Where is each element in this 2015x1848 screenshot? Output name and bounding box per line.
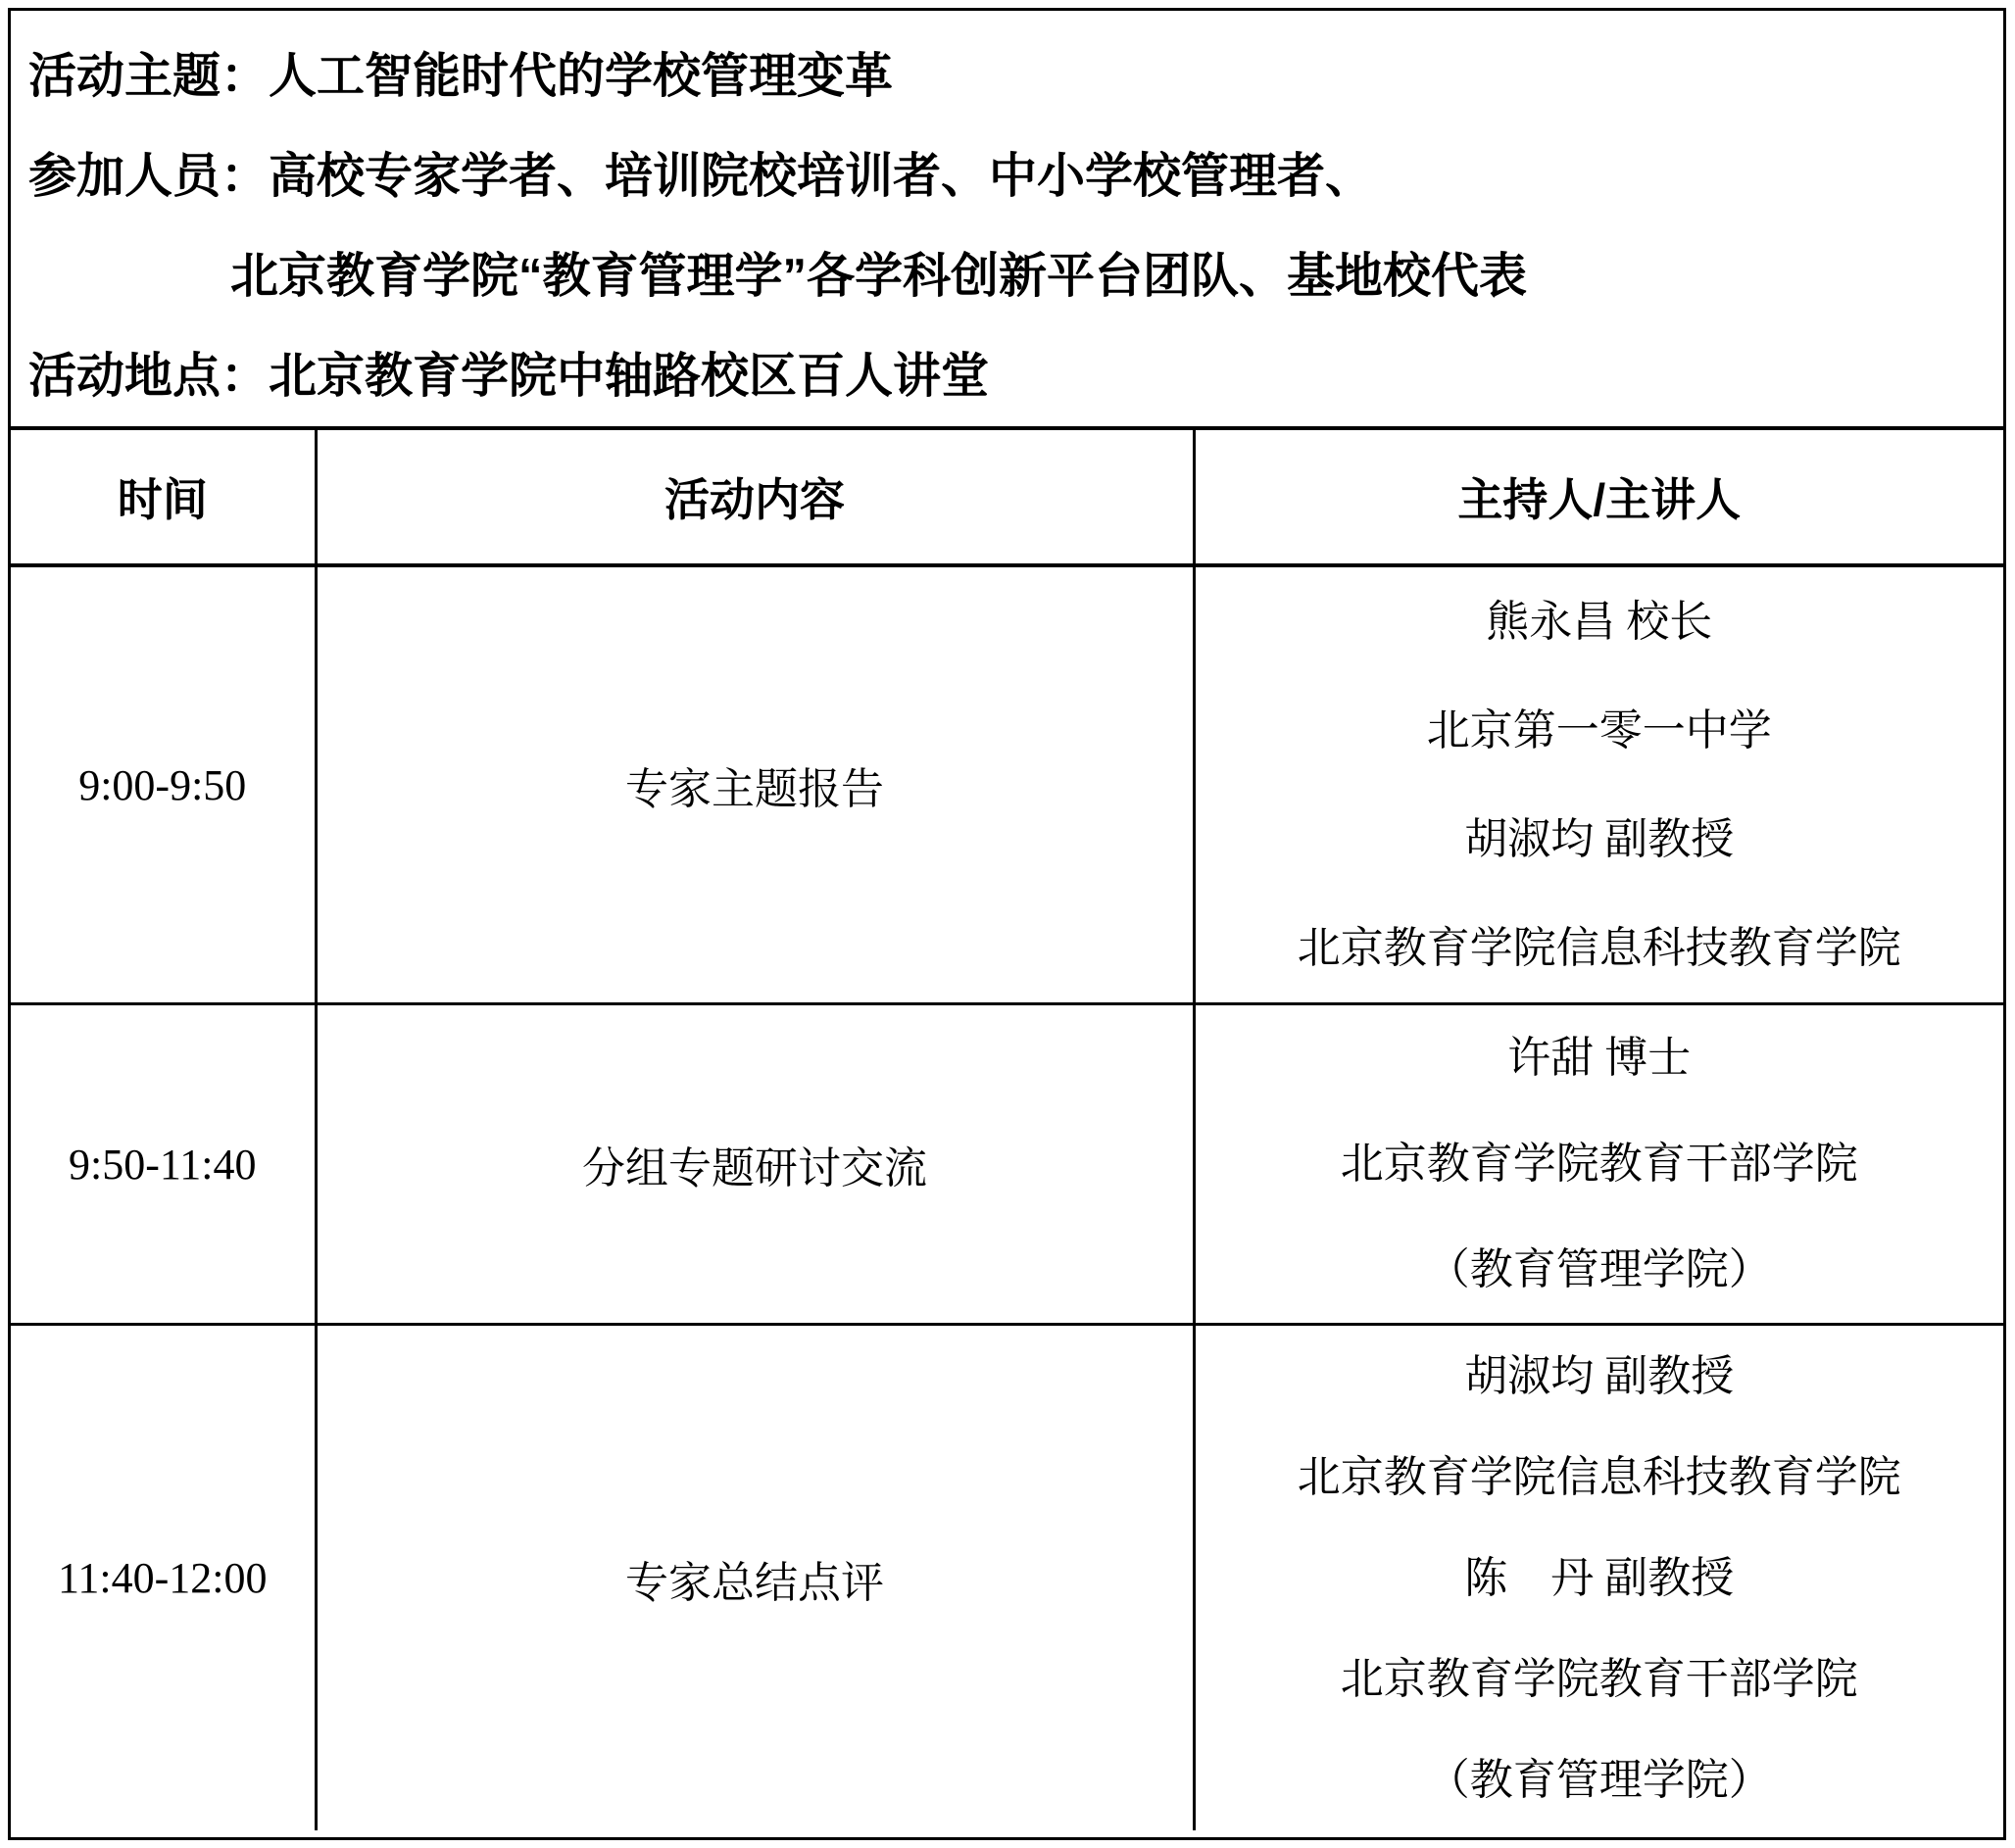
cell-presenters: 胡淑均 副教授 北京教育学院信息科技教育学院 陈 丹 副教授 北京教育学院教育干…	[1194, 1325, 2003, 1831]
speaker-line: （教育管理学院）	[1196, 1729, 2004, 1830]
table-header-row: 时间 活动内容 主持人/主讲人	[11, 428, 2003, 565]
page-border-frame: 活动主题：人工智能时代的学校管理变革 参加人员：高校专家学者、培训院校培训者、中…	[8, 8, 2006, 1840]
event-info-block: 活动主题：人工智能时代的学校管理变革 参加人员：高校专家学者、培训院校培训者、中…	[11, 11, 2003, 426]
table-row: 9:50-11:40 分组专题研讨交流 许甜 博士 北京教育学院教育干部学院 （…	[11, 1004, 2003, 1325]
speaker-line: 北京教育学院信息科技教育学院	[1196, 894, 2004, 1002]
cell-activity: 专家主题报告	[316, 565, 1194, 1004]
header-cell-presenter: 主持人/主讲人	[1194, 428, 2003, 565]
header-cell-activity: 活动内容	[316, 428, 1194, 565]
speaker-line: 北京第一零一中学	[1196, 676, 2004, 785]
cell-activity: 专家总结点评	[316, 1325, 1194, 1831]
cell-time: 9:50-11:40	[11, 1004, 316, 1325]
cell-time: 11:40-12:00	[11, 1325, 316, 1831]
intro-line-participants-continued: 北京教育学院“教育管理学”各学科创新平台团队、基地校代表	[28, 226, 1984, 326]
intro-line-theme: 活动主题：人工智能时代的学校管理变革	[28, 26, 1984, 126]
header-cell-time: 时间	[11, 428, 316, 565]
speaker-line: 陈 丹 副教授	[1196, 1528, 2004, 1629]
table-row: 11:40-12:00 专家总结点评 胡淑均 副教授 北京教育学院信息科技教育学…	[11, 1325, 2003, 1831]
table-row: 9:00-9:50 专家主题报告 熊永昌 校长 北京第一零一中学 胡淑均 副教授…	[11, 565, 2003, 1004]
speaker-line: 胡淑均 副教授	[1196, 1326, 2004, 1427]
cell-activity: 分组专题研讨交流	[316, 1004, 1194, 1325]
cell-presenters: 熊永昌 校长 北京第一零一中学 胡淑均 副教授 北京教育学院信息科技教育学院	[1194, 565, 2003, 1004]
speaker-line: 胡淑均 副教授	[1196, 785, 2004, 894]
speaker-line: 许甜 博士	[1196, 1005, 2004, 1111]
speaker-line: （教育管理学院）	[1196, 1217, 2004, 1323]
intro-line-participants: 参加人员：高校专家学者、培训院校培训者、中小学校管理者、	[28, 126, 1984, 226]
cell-time: 9:00-9:50	[11, 565, 316, 1004]
intro-line-location: 活动地点：北京教育学院中轴路校区百人讲堂	[28, 326, 1984, 426]
document-page: 活动主题：人工智能时代的学校管理变革 参加人员：高校专家学者、培训院校培训者、中…	[0, 0, 2015, 1848]
schedule-table: 时间 活动内容 主持人/主讲人 9:00-9:50 专家主题报告 熊永昌 校长 …	[11, 426, 2003, 1830]
speaker-line: 北京教育学院教育干部学院	[1196, 1629, 2004, 1729]
cell-presenters: 许甜 博士 北京教育学院教育干部学院 （教育管理学院）	[1194, 1004, 2003, 1325]
speaker-line: 熊永昌 校长	[1196, 567, 2004, 676]
speaker-line: 北京教育学院教育干部学院	[1196, 1111, 2004, 1217]
speaker-line: 北京教育学院信息科技教育学院	[1196, 1427, 2004, 1528]
